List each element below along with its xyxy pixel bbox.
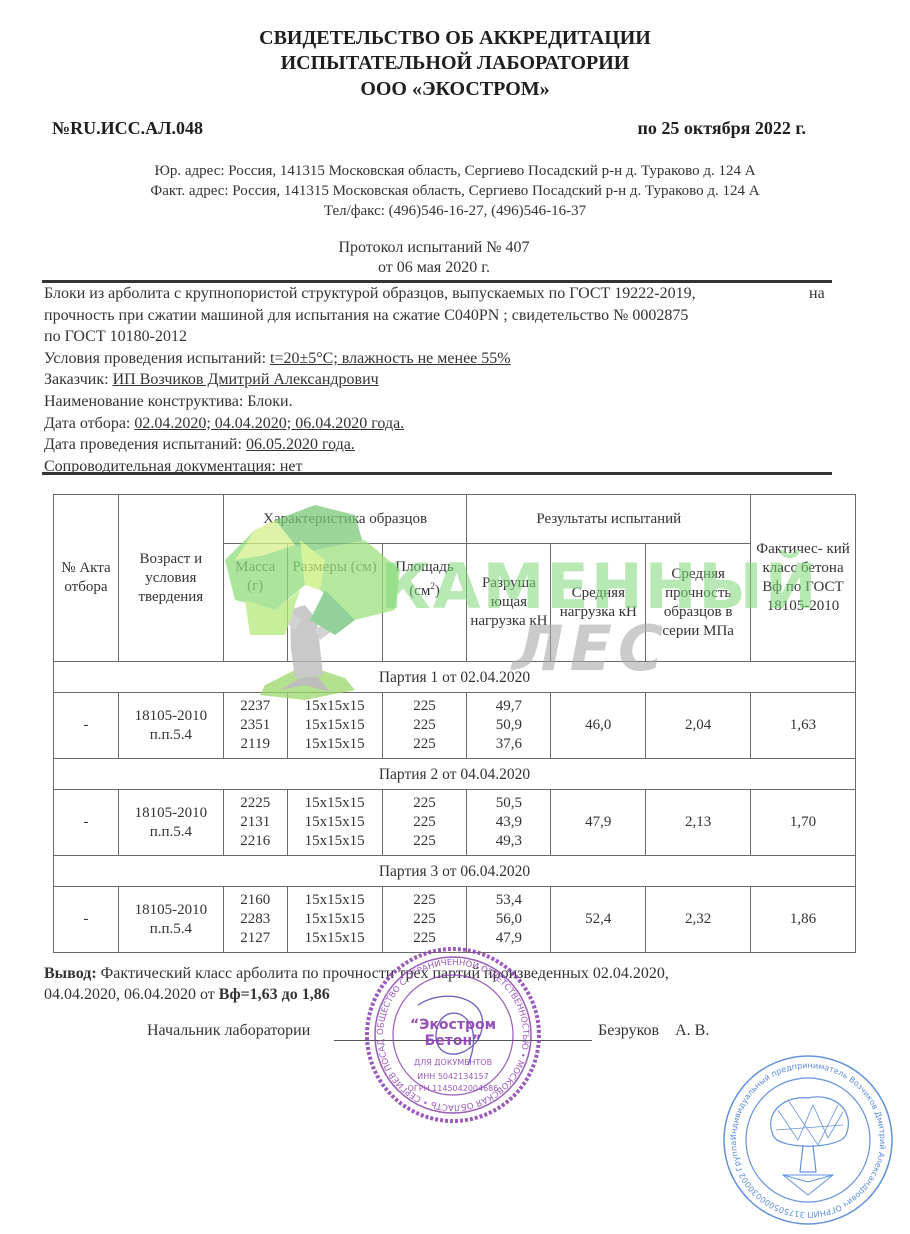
svg-text:ИНН 5042134157: ИНН 5042134157 [417,1072,488,1081]
cell-avg-strength: 2,13 [646,790,751,856]
svg-text:ДЛЯ ДОКУМЕНТОВ: ДЛЯ ДОКУМЕНТОВ [414,1058,492,1067]
party-title: Партия 3 от 06.04.2020 [54,856,856,887]
description-line-2: прочность при сжатии машиной для испытан… [44,305,834,327]
header-characteristics: Характеристика образцов [223,495,467,544]
svg-text:ОГРН 1145042004686: ОГРН 1145042004686 [408,1084,499,1093]
cell-class: 1,63 [751,693,856,759]
certificate-title-line-2: ИСПЫТАТЕЛЬНОЙ ЛАБОРАТОРИИ [0,51,910,76]
cell-load: 50,543,949,3 [467,790,551,856]
cell-load: 49,750,937,6 [467,693,551,759]
results-table: № Акта отбора Возраст и условия твердени… [53,494,856,953]
cell-area: 225225225 [382,693,467,759]
actual-address: Факт. адрес: Россия, 141315 Московская о… [0,181,910,201]
description-line-3: по ГОСТ 10180-2012 [44,326,834,348]
cell-mass: 223723512119 [223,693,287,759]
cell-act-no: - [54,790,119,856]
conclusion: Вывод: Фактический класс арболита по про… [44,963,844,1005]
legal-address: Юр. адрес: Россия, 141315 Московская обл… [0,161,910,181]
svg-text:Бетон”: Бетон” [425,1033,482,1049]
table-row: -18105-2010 п.п.5.422372351211915x15x151… [54,693,856,759]
cell-age: 18105-2010 п.п.5.4 [118,790,223,856]
valid-until: по 25 октября 2022 г. [638,118,806,139]
cell-load: 53,456,047,9 [467,887,551,953]
cell-size: 15x15x1515x15x1515x15x15 [287,790,382,856]
company-stamp-icon: Индивидуальный предприниматель Возчиков … [718,1050,898,1230]
cell-act-no: - [54,887,119,953]
header-actual-class: Фактичес- кий класс бетона Вф по ГОСТ 18… [751,495,856,662]
header-results: Результаты испытаний [467,495,751,544]
certificate-title-line-3: ООО «ЭКОСТРОМ» [0,77,910,102]
table-row: -18105-2010 п.п.5.422252131221615x15x151… [54,790,856,856]
header-act-no: № Акта отбора [54,495,119,662]
signature-role: Начальник лаборатории [147,1022,310,1040]
cell-avg-strength: 2,04 [646,693,751,759]
cell-size: 15x15x1515x15x1515x15x15 [287,693,382,759]
phone-fax: Тел/факс: (496)546-16-27, (496)546-16-37 [0,201,910,221]
cell-age: 18105-2010 п.п.5.4 [118,887,223,953]
party-title: Партия 2 от 04.04.2020 [54,759,856,790]
svg-text:Индивидуальный предприниматель: Индивидуальный предприниматель Возчиков … [718,1050,887,1219]
divider-bottom [42,472,832,475]
header-age: Возраст и условия твердения [118,495,223,662]
cell-age: 18105-2010 п.п.5.4 [118,693,223,759]
signature-line [334,1040,592,1041]
header-size: Размеры (см) [287,544,382,662]
cell-avg-load: 52,4 [551,887,646,953]
sampling-date: Дата отбора: 02.04.2020; 04.04.2020; 06.… [44,413,834,435]
test-info: Блоки из арболита с крупнопористой струк… [44,283,834,477]
cell-class: 1,86 [751,887,856,953]
svg-text:“Экостром: “Экостром [410,1017,496,1033]
protocol-date: от 06 мая 2020 г. [0,258,868,278]
construct-name: Наименование конструктива: Блоки. [44,391,834,413]
description-line-1: Блоки из арболита с крупнопористой струк… [44,283,834,305]
cell-area: 225225225 [382,790,467,856]
signer-name: Безруков А. В. [598,1022,709,1040]
table-row: -18105-2010 п.п.5.421602283212715x15x151… [54,887,856,953]
cell-area: 225225225 [382,887,467,953]
test-conditions: Условия проведения испытаний: t=20±5°C; … [44,348,834,370]
test-date: Дата проведения испытаний: 06.05.2020 го… [44,434,834,456]
cell-mass: 216022832127 [223,887,287,953]
party-title: Партия 1 от 02.04.2020 [54,662,856,693]
cell-act-no: - [54,693,119,759]
cell-class: 1,70 [751,790,856,856]
cell-mass: 222521312216 [223,790,287,856]
customer: Заказчик: ИП Возчиков Дмитрий Александро… [44,369,834,391]
header-avg-strength: Средняя прочность образцов в серии МПа [646,544,751,662]
certificate-title-line-1: СВИДЕТЕЛЬСТВО ОБ АККРЕДИТАЦИИ [0,26,910,51]
header-avg-load: Средняя нагрузка кН [551,544,646,662]
protocol-title: Протокол испытаний № 407 [0,238,868,258]
cell-avg-load: 47,9 [551,790,646,856]
cell-avg-strength: 2,32 [646,887,751,953]
header-breaking-load: Разруша ющая нагрузка кН [467,544,551,662]
cell-size: 15x15x1515x15x1515x15x15 [287,887,382,953]
registration-number: №RU.ИСС.АЛ.048 [52,118,203,139]
cell-avg-load: 46,0 [551,693,646,759]
header-mass: Масса (г) [223,544,287,662]
header-area: Площадь (см2) [382,544,467,662]
